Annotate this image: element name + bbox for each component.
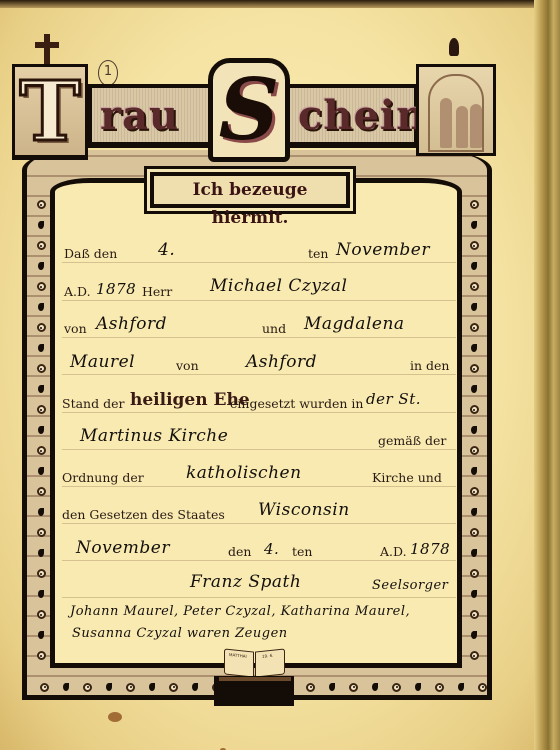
rule-line xyxy=(62,412,456,413)
lamp-icon xyxy=(449,38,459,56)
left-vine-border xyxy=(34,200,48,660)
rule-line xyxy=(62,300,456,301)
groom-figure-icon xyxy=(470,104,482,148)
printed-text: von xyxy=(176,358,199,373)
right-vine-border xyxy=(467,200,481,660)
printed-text: Kirche und xyxy=(372,470,442,485)
rule-line xyxy=(62,523,456,524)
handwritten-officiant-signature: Franz Spath xyxy=(190,572,301,592)
rule-line xyxy=(62,560,456,561)
bottom-vine-border-left xyxy=(40,680,221,694)
handwritten-church-name: Martinus Kirche xyxy=(80,426,228,446)
book-inscription-left: MATTHAI xyxy=(229,652,247,659)
book-inscription-right: 19. 6. xyxy=(262,653,273,659)
printed-text: ten xyxy=(308,246,328,261)
title-part-2: chein xyxy=(298,92,426,139)
handwritten-bride-surname: Maurel xyxy=(70,352,135,372)
handwritten-year: 1878 xyxy=(96,280,136,298)
open-bible-icon: MATTHAI 19. 6. xyxy=(224,650,286,680)
handwritten-officiant-role: Seelsorger xyxy=(372,578,448,593)
rule-line xyxy=(62,374,456,375)
handwritten-witnesses: Susanna Czyzal waren Zeugen xyxy=(72,626,288,641)
handwritten-month: November xyxy=(336,240,430,260)
page-top-edge xyxy=(0,0,560,8)
handwritten-bride-first-name: Magdalena xyxy=(304,314,405,334)
printed-text: A.D. xyxy=(64,284,91,299)
printed-text: gemäß der xyxy=(378,433,446,448)
certificate-page: 1 T rau S chein Ich bezeuge hiermit. Daß… xyxy=(0,0,560,750)
rule-line xyxy=(62,449,456,450)
printed-text: den xyxy=(228,544,251,559)
handwritten-church-prefix: der St. xyxy=(366,390,421,408)
handwritten-year: 1878 xyxy=(410,540,450,558)
printed-text: eingesetzt wurden in xyxy=(230,396,363,411)
printed-text: Herr xyxy=(142,284,172,299)
handwritten-day: 4. xyxy=(158,240,175,260)
printed-text: Ordnung der xyxy=(62,470,144,485)
rule-line xyxy=(62,262,456,263)
handwritten-day: 4. xyxy=(264,540,279,558)
handwritten-groom-name: Michael Czyzal xyxy=(210,276,347,296)
handwritten-month: November xyxy=(76,538,170,558)
printed-text: Stand der xyxy=(62,396,124,411)
printed-text: Daß den xyxy=(64,246,117,261)
printed-text: ten xyxy=(292,544,312,559)
handwritten-state: Wisconsin xyxy=(258,500,350,520)
bride-figure-icon xyxy=(456,106,468,148)
cross-icon xyxy=(32,34,62,64)
book-spine-edge xyxy=(534,0,560,750)
title-part-1: rau xyxy=(100,92,179,139)
printed-text: in den xyxy=(410,358,449,373)
circled-page-number: 1 xyxy=(98,60,118,86)
ink-stain xyxy=(108,712,122,722)
handwritten-bride-place: Ashford xyxy=(246,352,317,372)
printed-text: den Gesetzen des Staates xyxy=(62,507,225,522)
priest-figure-icon xyxy=(440,98,452,148)
rule-line xyxy=(62,597,456,598)
printed-text: und xyxy=(262,321,286,336)
title-initial-t: T xyxy=(12,66,88,158)
printed-text: von xyxy=(64,321,87,336)
bottom-vine-border-right xyxy=(306,680,487,694)
title-initial-s: S xyxy=(208,62,290,158)
printed-text: A.D. xyxy=(380,544,407,559)
rule-line xyxy=(62,337,456,338)
subtitle-plaque: Ich bezeuge hiermit. xyxy=(150,172,350,208)
handwritten-witnesses: Johann Maurel, Peter Czyzal, Katharina M… xyxy=(70,604,410,619)
handwritten-groom-place: Ashford xyxy=(96,314,167,334)
handwritten-denomination: katholischen xyxy=(186,463,302,483)
rule-line xyxy=(62,486,456,487)
